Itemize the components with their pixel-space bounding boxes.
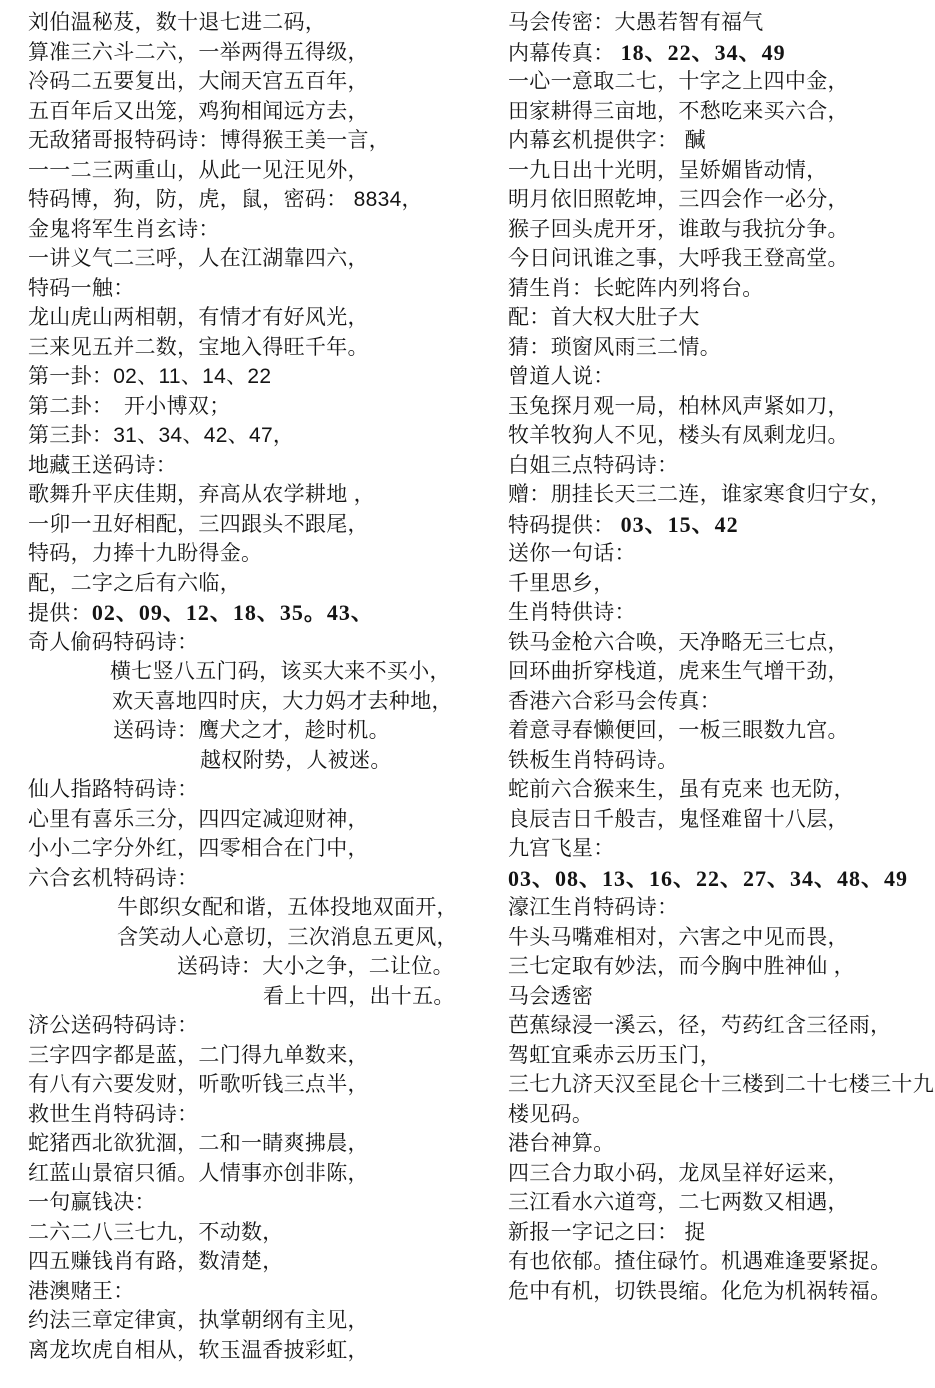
text-line-right-1: 马会传密：大愚若智有福气 bbox=[508, 8, 935, 38]
text-line-left-16: 地藏王送码诗： bbox=[28, 451, 478, 481]
text-line-right-20: 千里思乡， bbox=[508, 569, 935, 599]
text-line-left-4: 五百年后又出笼，鸡狗相闻远方去， bbox=[28, 97, 478, 127]
text-line-right-36: 驾虹宜乘赤云历玉门， bbox=[508, 1041, 935, 1071]
text-line-left-39: 蛇猪西北欲犹涸，二和一睛爽拂晨， bbox=[28, 1129, 478, 1159]
text-line-right-26: 铁板生肖特码诗。 bbox=[508, 746, 935, 776]
text-line-left-44: 港澳赌王： bbox=[28, 1277, 478, 1307]
text-line-left-32: 含笑动人心意切，三次消息五更风， bbox=[28, 923, 478, 953]
text-line-right-29: 九宫飞星： bbox=[508, 834, 935, 864]
text-line-right-43: 有也依郁。揸住碌竹。机遇难逢要紧捉。 bbox=[508, 1247, 935, 1277]
text-line-left-6: 一一二三两重山，从此一见汪见外， bbox=[28, 156, 478, 186]
text-line-left-2: 算准三六斗二六，一举两得五得级， bbox=[28, 38, 478, 68]
text-line-right-6: 一九日出十光明，呈娇媚皆动情， bbox=[508, 156, 935, 186]
number-sequence: 18、22、34、49 bbox=[621, 40, 786, 65]
text-line-left-13: 第一卦：02、11、14、22 bbox=[28, 362, 478, 392]
text-line-left-23: 横七竖八五门码，该买大来不买小， bbox=[28, 657, 478, 687]
text-line-left-34: 看上十四，出十五。 bbox=[28, 982, 478, 1012]
text-line-left-27: 仙人指路特码诗： bbox=[28, 775, 478, 805]
text-line-left-33: 送码诗：大小之争，二让位。 bbox=[28, 952, 478, 982]
text-line-left-31: 牛郎织女配和谐，五体投地双面开， bbox=[28, 893, 478, 923]
text-line-right-28: 良辰吉日千般吉，鬼怪难留十八层， bbox=[508, 805, 935, 835]
text-line-left-37: 有八有六要发财，听歌听钱三点半， bbox=[28, 1070, 478, 1100]
lottery-tips-document: 刘伯温秘芨，数十退七进二码，算准三六斗二六，一举两得五得级，冷码二五要复出，大闹… bbox=[0, 0, 935, 1388]
text-line-left-24: 欢天喜地四时庆，大力妈才去种地， bbox=[28, 687, 478, 717]
text-line-left-3: 冷码二五要复出，大闹天宫五百年， bbox=[28, 67, 478, 97]
text-line-right-18: 特码提供： 03、15、42 bbox=[508, 510, 935, 540]
text-segment: 提供： bbox=[28, 602, 92, 625]
text-line-right-24: 香港六合彩马会传真： bbox=[508, 687, 935, 717]
text-line-right-34: 马会透密 bbox=[508, 982, 935, 1012]
text-line-right-25: 着意寻春懒便回，一板三眼数九宫。 bbox=[508, 716, 935, 746]
text-line-left-40: 红蓝山景宿只循。人情事亦创非陈， bbox=[28, 1159, 478, 1189]
text-line-left-46: 离龙坎虎自相从，软玉温香披彩虹， bbox=[28, 1336, 478, 1366]
text-line-left-20: 配，二字之后有六临， bbox=[28, 569, 478, 599]
text-line-right-22: 铁马金枪六合唤，天净略无三七点， bbox=[508, 628, 935, 658]
text-line-left-12: 三来见五并二数，宝地入得旺千年。 bbox=[28, 333, 478, 363]
text-segment: 特码提供： bbox=[508, 514, 621, 537]
text-line-right-32: 牛头马嘴难相对，六害之中见而畏， bbox=[508, 923, 935, 953]
text-line-left-14: 第二卦： 开小博双； bbox=[28, 392, 478, 422]
text-line-right-33: 三七定取有妙法，而今胸中胜神仙 ， bbox=[508, 952, 935, 982]
text-line-right-17: 赠：朋挂长天三二连，谁家寒食归宁女， bbox=[508, 480, 935, 510]
text-line-right-40: 四三合力取小码，龙凤呈祥好运来， bbox=[508, 1159, 935, 1189]
text-line-left-10: 特码一触： bbox=[28, 274, 478, 304]
text-line-right-13: 曾道人说： bbox=[508, 362, 935, 392]
text-line-left-8: 金鬼将军生肖玄诗： bbox=[28, 215, 478, 245]
text-line-left-15: 第三卦：31、34、42、47， bbox=[28, 421, 478, 451]
left-column: 刘伯温秘芨，数十退七进二码，算准三六斗二六，一举两得五得级，冷码二五要复出，大闹… bbox=[28, 8, 478, 1365]
text-line-left-9: 一讲义气二三呼，人在江湖靠四六， bbox=[28, 244, 478, 274]
text-line-right-16: 白姐三点特码诗： bbox=[508, 451, 935, 481]
text-line-right-21: 生肖特供诗： bbox=[508, 598, 935, 628]
right-column: 马会传密：大愚若智有福气内幕传真： 18、22、34、49一心一意取二七，十字之… bbox=[508, 8, 935, 1306]
text-line-left-45: 约法三章定律寅，执掌朝纲有主见， bbox=[28, 1306, 478, 1336]
text-line-right-3: 一心一意取二七，十字之上四中金， bbox=[508, 67, 935, 97]
text-line-right-5: 内幕玄机提供字： 醎 bbox=[508, 126, 935, 156]
text-line-right-37: 三七九济天汉至昆仑十三楼到二十七楼三十九 bbox=[508, 1070, 935, 1100]
text-line-left-1: 刘伯温秘芨，数十退七进二码， bbox=[28, 8, 478, 38]
text-line-left-17: 歌舞升平庆佳期，弃高从农学耕地 ， bbox=[28, 480, 478, 510]
text-line-left-21: 提供：02、09、12、18、35。43、 bbox=[28, 598, 478, 628]
text-line-right-14: 玉兔探月观一局，柏林风声紧如刀， bbox=[508, 392, 935, 422]
text-line-left-19: 特码，力捧十九盼得金。 bbox=[28, 539, 478, 569]
text-line-right-23: 回环曲折穿栈道，虎来生气增干劲， bbox=[508, 657, 935, 687]
text-line-right-38: 楼见码。 bbox=[508, 1100, 935, 1130]
number-sequence: 02、09、12、18、35。43、 bbox=[92, 600, 374, 625]
text-line-right-42: 新报一字记之曰： 捉 bbox=[508, 1218, 935, 1248]
text-line-left-28: 心里有喜乐三分，四四定减迎财神， bbox=[28, 805, 478, 835]
text-line-left-7: 特码博，狗，防，虎，鼠，密码： 8834， bbox=[28, 185, 478, 215]
text-line-right-10: 猜生肖：长蛇阵内列将台。 bbox=[508, 274, 935, 304]
number-sequence: 03、08、13、16、22、27、34、48、49 bbox=[508, 866, 908, 891]
number-sequence: 03、15、42 bbox=[621, 512, 739, 537]
text-line-left-25: 送码诗：鹰犬之才，趁时机。 bbox=[28, 716, 478, 746]
text-line-left-38: 救世生肖特码诗： bbox=[28, 1100, 478, 1130]
text-line-right-7: 明月依旧照乾坤，三四会作一必分， bbox=[508, 185, 935, 215]
text-line-right-30: 03、08、13、16、22、27、34、48、49 bbox=[508, 864, 935, 894]
text-line-right-15: 牧羊牧狗人不见，楼头有凤剩龙归。 bbox=[508, 421, 935, 451]
text-line-right-11: 配：首大权大肚子大 bbox=[508, 303, 935, 333]
text-line-left-18: 一卯一丑好相配，三四跟头不跟尾， bbox=[28, 510, 478, 540]
text-line-right-27: 蛇前六合猴来生，虽有克来 也无防， bbox=[508, 775, 935, 805]
text-line-right-31: 濠江生肖特码诗： bbox=[508, 893, 935, 923]
text-line-left-43: 四五赚钱肖有路，数清楚， bbox=[28, 1247, 478, 1277]
text-line-right-9: 今日问讯谁之事，大呼我王登高堂。 bbox=[508, 244, 935, 274]
text-line-right-44: 危中有机，切铁畏缩。化危为机祸转福。 bbox=[508, 1277, 935, 1307]
text-line-right-8: 猴子回头虎开牙，谁敢与我抗分争。 bbox=[508, 215, 935, 245]
text-line-left-22: 奇人偷码特码诗： bbox=[28, 628, 478, 658]
text-segment: 内幕传真： bbox=[508, 42, 621, 65]
text-line-left-36: 三字四字都是蓝，二门得九单数来， bbox=[28, 1041, 478, 1071]
text-line-left-30: 六合玄机特码诗： bbox=[28, 864, 478, 894]
text-line-right-4: 田家耕得三亩地，不愁吃来买六合， bbox=[508, 97, 935, 127]
text-line-left-26: 越权附势，人被迷。 bbox=[28, 746, 478, 776]
text-line-right-39: 港台神算。 bbox=[508, 1129, 935, 1159]
text-line-left-5: 无敌猪哥报特码诗：博得猴王美一言， bbox=[28, 126, 478, 156]
text-line-right-35: 芭蕉绿浸一溪云，径，芍药红含三径雨， bbox=[508, 1011, 935, 1041]
text-line-right-19: 送你一句话： bbox=[508, 539, 935, 569]
text-line-right-2: 内幕传真： 18、22、34、49 bbox=[508, 38, 935, 68]
text-line-left-11: 龙山虎山两相朝，有情才有好风光， bbox=[28, 303, 478, 333]
text-line-right-41: 三江看水六道弯，二七两数又相遇， bbox=[508, 1188, 935, 1218]
text-line-right-12: 猜：琐窗风雨三二情。 bbox=[508, 333, 935, 363]
text-line-left-35: 济公送码特码诗： bbox=[28, 1011, 478, 1041]
text-line-left-29: 小小二字分外红，四零相合在门中， bbox=[28, 834, 478, 864]
text-line-left-41: 一句赢钱决： bbox=[28, 1188, 478, 1218]
text-line-left-42: 二六二八三七九，不动数， bbox=[28, 1218, 478, 1248]
